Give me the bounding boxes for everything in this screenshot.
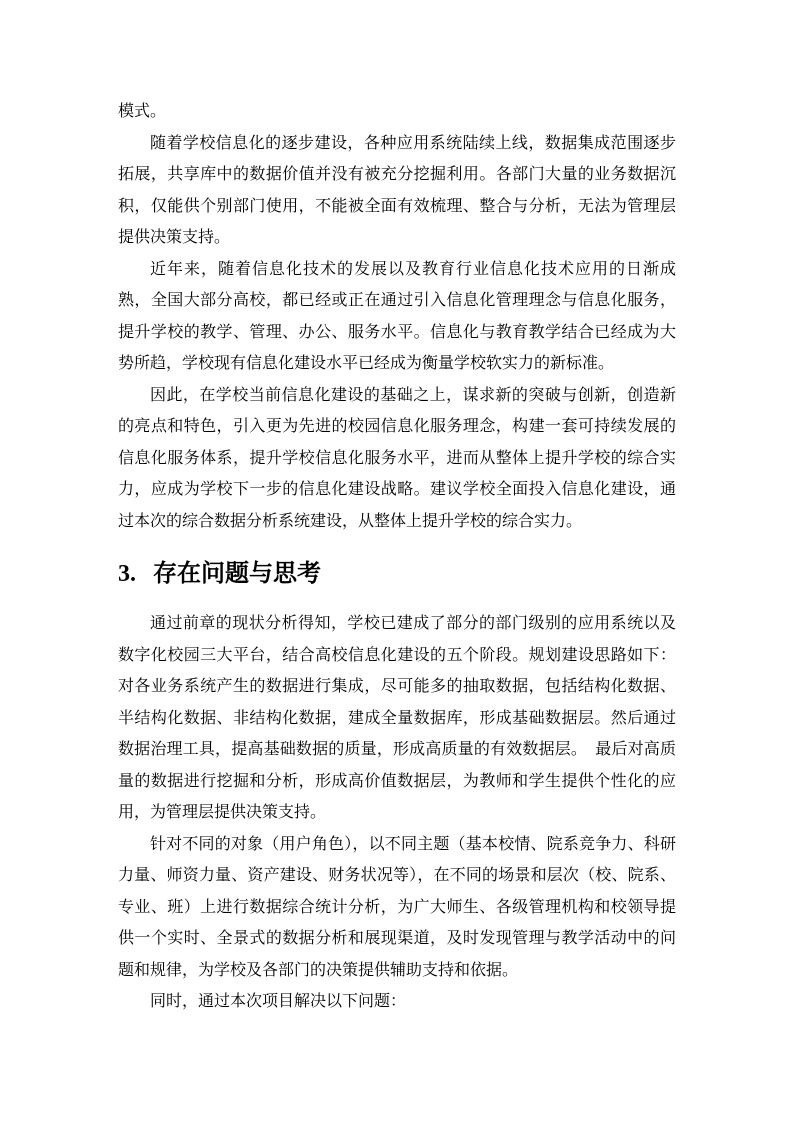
paragraph-data-integration: 随着学校信息化的逐步建设，各种应用系统陆续上线，数据集成范围逐步拓展，共享库中的… (118, 128, 676, 254)
paragraph-problems-intro: 同时，通过本次项目解决以下问题： (118, 986, 676, 1018)
paragraph-planning-approach: 通过前章的现状分析得知，学校已建成了部分的部门级别的应用系统以及数字化校园三大平… (118, 608, 676, 829)
section-heading-title: 存在问题与思考 (153, 558, 321, 589)
paragraph-strategy-suggestion: 因此，在学校当前信息化建设的基础之上，谋求新的突破与创新，创造新的亮点和特色，引… (118, 380, 676, 538)
document-page: 模式。 随着学校信息化的逐步建设，各种应用系统陆续上线，数据集成范围逐步拓展，共… (0, 0, 793, 1122)
document-content: 模式。 随着学校信息化的逐步建设，各种应用系统陆续上线，数据集成范围逐步拓展，共… (118, 96, 676, 1018)
section-heading-number: 3. (118, 559, 136, 590)
paragraph-industry-trend: 近年来，随着信息化技术的发展以及教育行业信息化技术应用的日渐成熟，全国大部分高校… (118, 254, 676, 380)
paragraph-analysis-scenarios: 针对不同的对象（用户角色），以不同主题（基本校情、院系竞争力、科研力量、师资力量… (118, 829, 676, 987)
section-heading: 3. 存在问题与思考 (118, 558, 676, 590)
paragraph-continuation: 模式。 (118, 96, 676, 128)
